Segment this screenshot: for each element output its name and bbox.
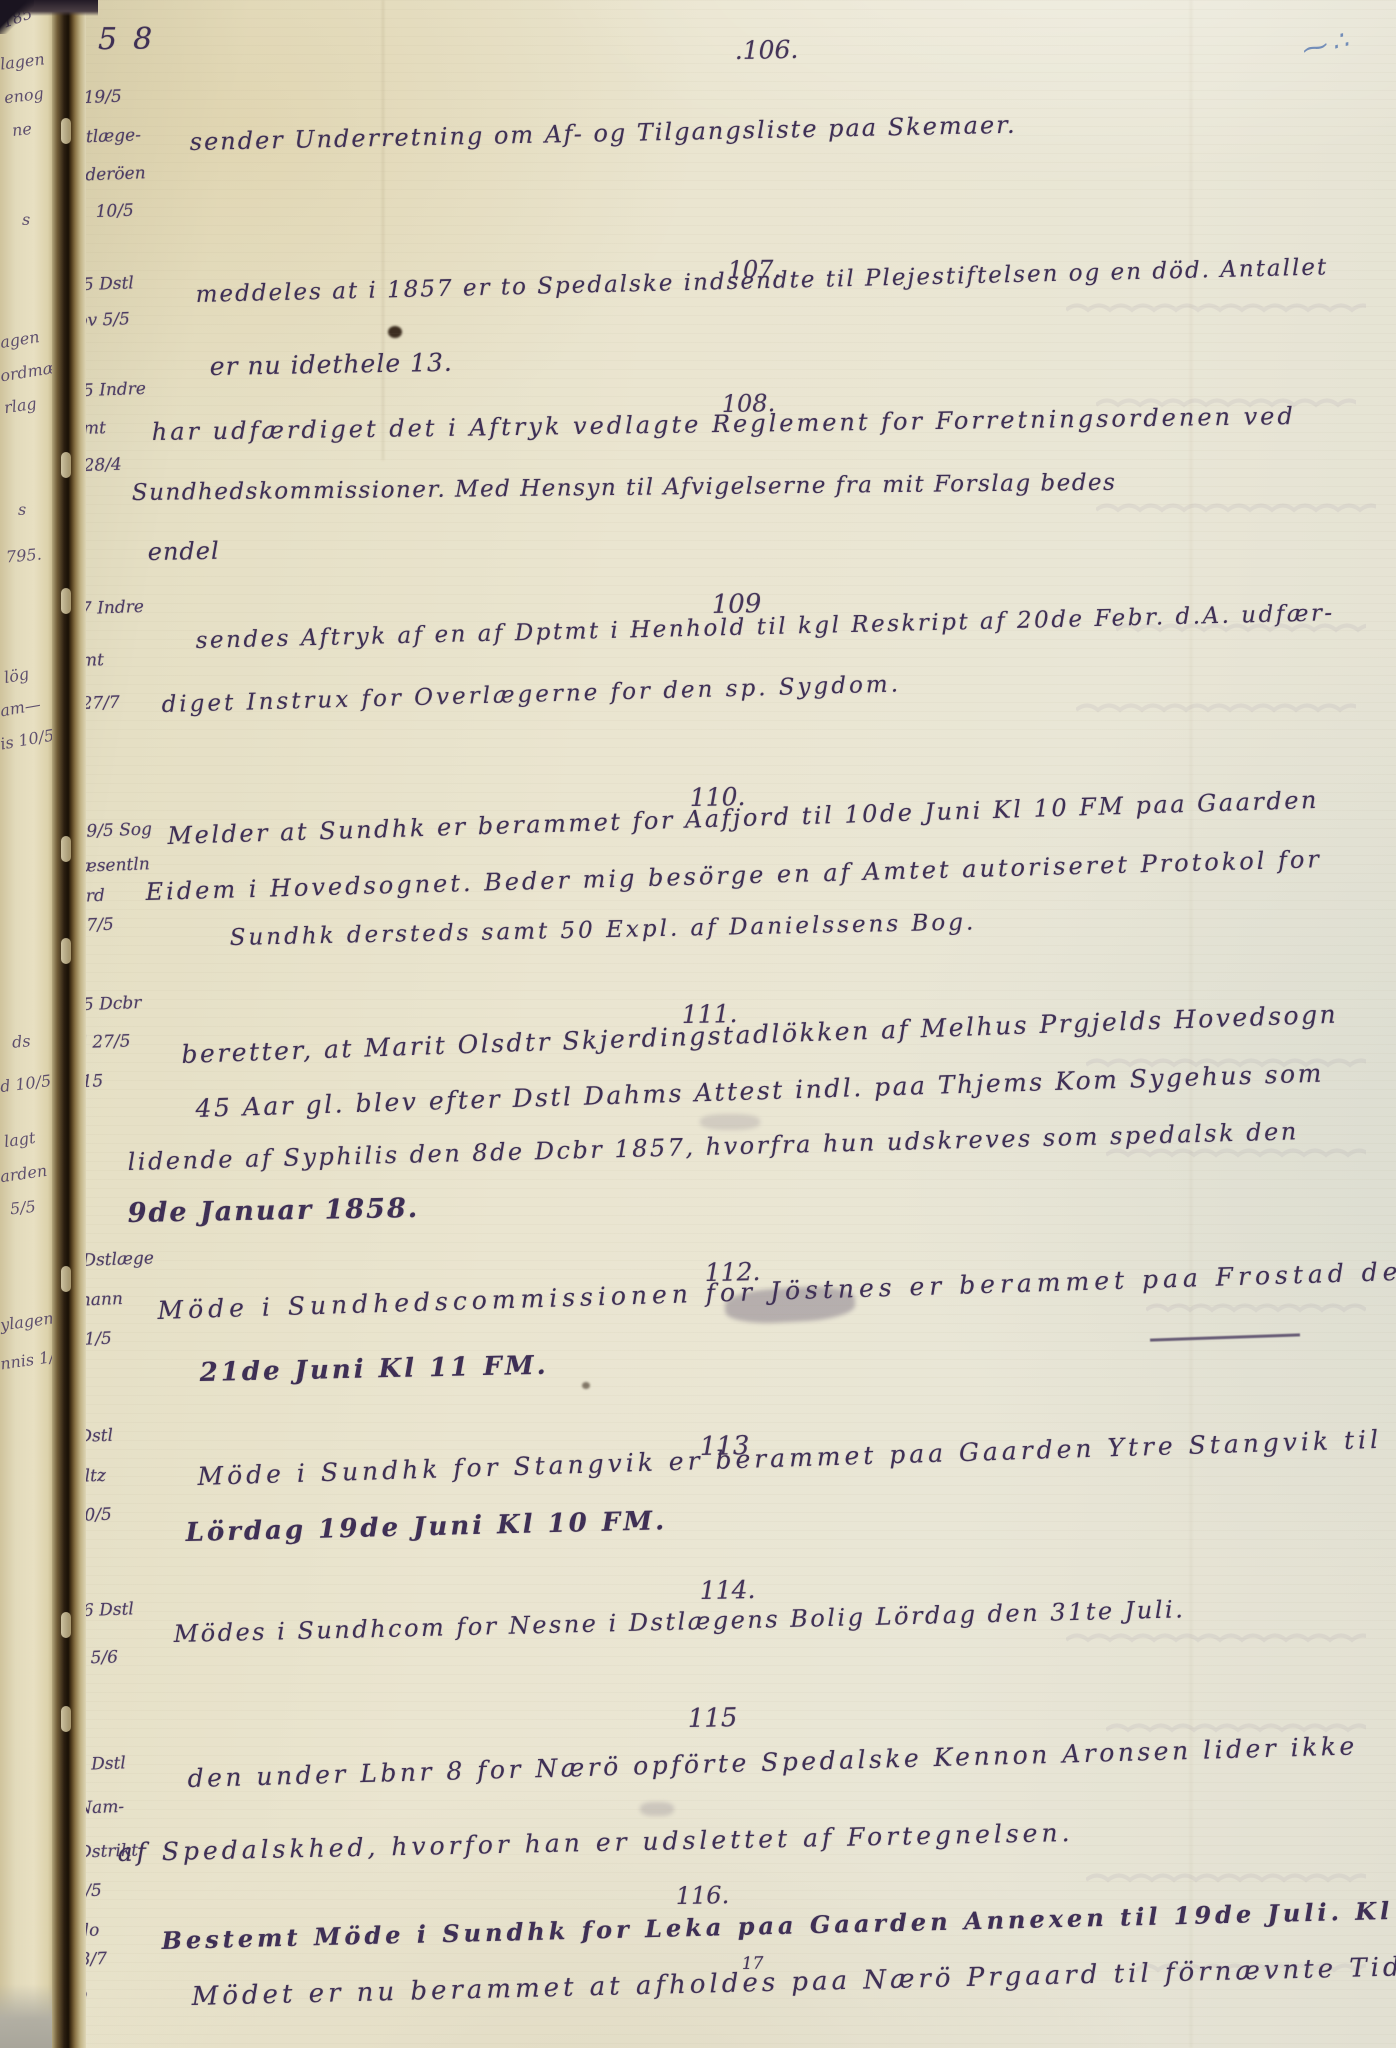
margin-note: Dstlæge- [86,125,141,148]
margin-note: 15 [86,1071,104,1092]
entry-text-line: 21de Juni Kl 11 FM. [199,1351,549,1388]
margin-note: 29/5 Sog [86,819,152,842]
margin-note: Dptmt [86,650,104,672]
previous-page-edge: 185lagenenognesagenordmærlags795.lögam—i… [0,0,52,2048]
clipped-text-fragment: enog [3,84,45,108]
clipped-text-fragment: ordmæ [0,358,52,386]
clipped-text-fragment: nnis 1/5 [0,1346,52,1374]
clipped-text-fragment: 5/5 [9,1197,37,1219]
clipped-text-fragment: ylagen [0,1308,52,1334]
entry-text-line: 9de Januar 1858. [127,1193,419,1229]
margin-note: do do [86,1984,88,2006]
binding-gutter [52,0,86,2048]
binding-stitch [61,938,71,964]
margin-note: 10/5 [95,201,134,222]
clipped-text-fragment: lagt [3,1128,37,1151]
margin-note: Inderöen [86,163,146,186]
margin-note: 4/6 Dstl [86,1426,113,1448]
clipped-text-fragment: d 10/5 [0,1071,52,1096]
margin-note: 31/5 [86,1329,112,1350]
binding-stitch [61,1266,71,1292]
margin-note: 3/7 [86,1949,107,1970]
margin-note: 23/7 Indre [86,597,144,620]
entry-text-line: 45 Aar gl. blev efter Dstl Dahms Attest … [195,1059,1324,1123]
clipped-text-fragment: arden [0,1161,48,1186]
clipped-text-fragment: am— [0,695,42,721]
binding-stitch [61,1706,71,1732]
margin-note: Sand 5/6 [86,1647,118,1670]
margin-note: 28/5 Dcbr [86,993,142,1016]
entry-number: 114. [699,1575,755,1605]
manuscript-page: 58 .106.19/5Dstlæge-Inderöen10/5sender U… [86,0,1396,2048]
margin-note: Aafjord [86,886,105,908]
margin-note: i Nov 5/5 [86,309,130,332]
entry-text-line: beretter, at Marit Olsdtr Skjerdingstadl… [181,1000,1339,1069]
entry-text-line: Sundhedskommissioner. Med Hensyn til Afv… [132,470,1117,506]
margin-note: 27/7 [86,693,120,714]
margin-note: 12/6 Dstl [86,1599,134,1622]
margin-note: 28/4 [86,455,122,476]
margin-note: 30/5 [86,1505,112,1526]
page-edge-shadow [0,1984,52,2048]
entry-text-line: Lördag 19de Juni Kl 10 FM. [185,1506,667,1548]
margin-note: 28/5 [86,1881,102,1902]
binding-stitch [61,1612,71,1638]
ink-smudge [700,1114,760,1130]
margin-note: 4/6 Dstlæge [86,1248,154,1272]
margin-note: 12/6 Dstl [86,1753,126,1776]
handwriting-layer: .106.19/5Dstlæge-Inderöen10/5sender Unde… [86,0,1396,2048]
binding-stitch [61,452,71,478]
entry-text-line: Möde i Sundhk for Stangvik er berammet p… [197,1425,1382,1491]
ink-blot [388,326,402,338]
entry-text-line: af Spedalskhed, hvorfor han er udslettet… [117,1818,1073,1867]
margin-note: repræsentln [86,854,150,878]
binding-stitch [61,118,71,144]
manuscript-scan: 185lagenenognesagenordmærlags795.lögam—i… [0,0,1396,2048]
binding-stitch [61,836,71,862]
entry-number: 116. [676,1881,730,1910]
clipped-text-fragment: ds [11,1031,31,1052]
entry-text-line: Bestemt Möde i Sundhk for Leka paa Gaard… [161,1893,1396,1955]
clipped-text-fragment: ne [11,119,33,140]
entry-text-line: sender Underretning om Af- og Tilgangsli… [189,111,1016,156]
ink-blot [582,1382,590,1389]
entry-text-line: sendes Aftryk af en af Dptmt i Henhold t… [195,600,1335,654]
entry-text-line: den under Lbnr 8 for Nærö opförte Spedal… [187,1731,1358,1793]
clipped-text-fragment: lög [3,664,31,687]
margin-note: Koll 27/5 [86,1031,131,1054]
clipped-text-fragment: is 10/5 [0,725,52,753]
margin-note: Dptmt [86,418,106,440]
margin-note: 26/5 Dstl [86,273,134,296]
entry-number: .106. [734,35,798,65]
clipped-text-fragment: 795. [5,544,42,566]
margin-note: Ytre Nam- [86,1797,124,1820]
clipped-text-fragment: rlag [3,394,38,417]
entry-text-line: endel [148,537,220,566]
margin-note: 27/5 [86,915,114,936]
entry-text-line: er nu idethele 13. [209,348,453,381]
margin-note: 28/5 Indre [86,379,146,402]
ink-smudge [640,1802,674,1816]
entry-text-line: Eidem i Hovedsognet. Beder mig besörge e… [145,845,1322,906]
margin-note: do do [86,1920,100,1942]
clipped-text-fragment: agen [0,327,41,352]
binding-stitch [61,588,71,614]
entry-number: 115 [687,1703,737,1734]
margin-note: Schultz [86,1466,106,1488]
entry-text-line: Mödet er nu berammet at afholdes paa Nær… [191,1952,1396,2012]
clipped-text-fragment: lagen [0,49,46,73]
book-cover-corner [0,0,34,34]
clipped-text-fragment: s [22,210,30,229]
entry-text-line: diget Instrux for Overlægerne for den sp… [161,671,901,718]
margin-note: 19/5 [86,87,122,108]
entry-text-line: Sundhk dersteds samt 50 Expl. af Daniels… [229,909,976,951]
clipped-text-fragment: s [18,500,26,519]
margin-note: Hoffmann [86,1289,123,1312]
entry-text-line: Mödes i Sundhcom for Nesne i Dstlægens B… [173,1595,1185,1648]
